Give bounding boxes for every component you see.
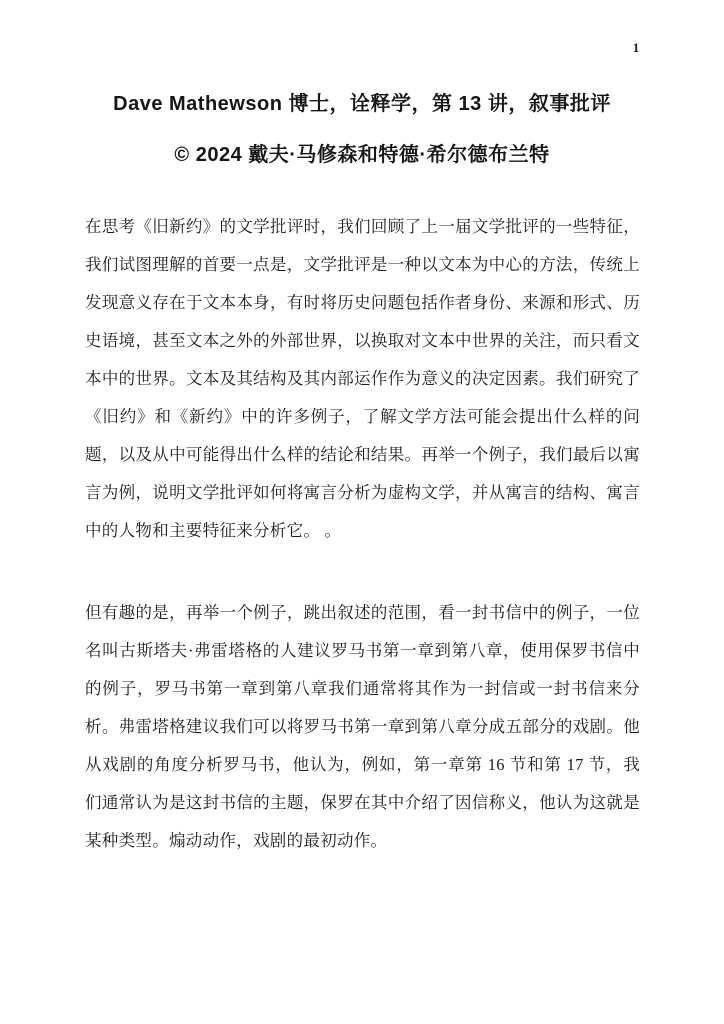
document-body: 在思考《旧新约》的文学批评时，我们回顾了上一届文学批评的一些特征，我们试图理解的… [85,208,640,860]
page-number: 1 [626,40,646,56]
document-copyright-line: © 2024 戴夫·马修森和特德·希尔德布兰特 [0,142,724,168]
paragraph: 在思考《旧新约》的文学批评时，我们回顾了上一届文学批评的一些特征，我们试图理解的… [85,208,640,550]
document-title: Dave Mathewson 博士，诠释学，第 13 讲，叙事批评 [0,0,724,118]
paragraph: 但有趣的是，再举一个例子，跳出叙述的范围，看一封书信中的例子，一位名叫古斯塔夫·… [85,594,640,860]
document-page: 1 Dave Mathewson 博士，诠释学，第 13 讲，叙事批评 © 20… [0,0,724,1024]
